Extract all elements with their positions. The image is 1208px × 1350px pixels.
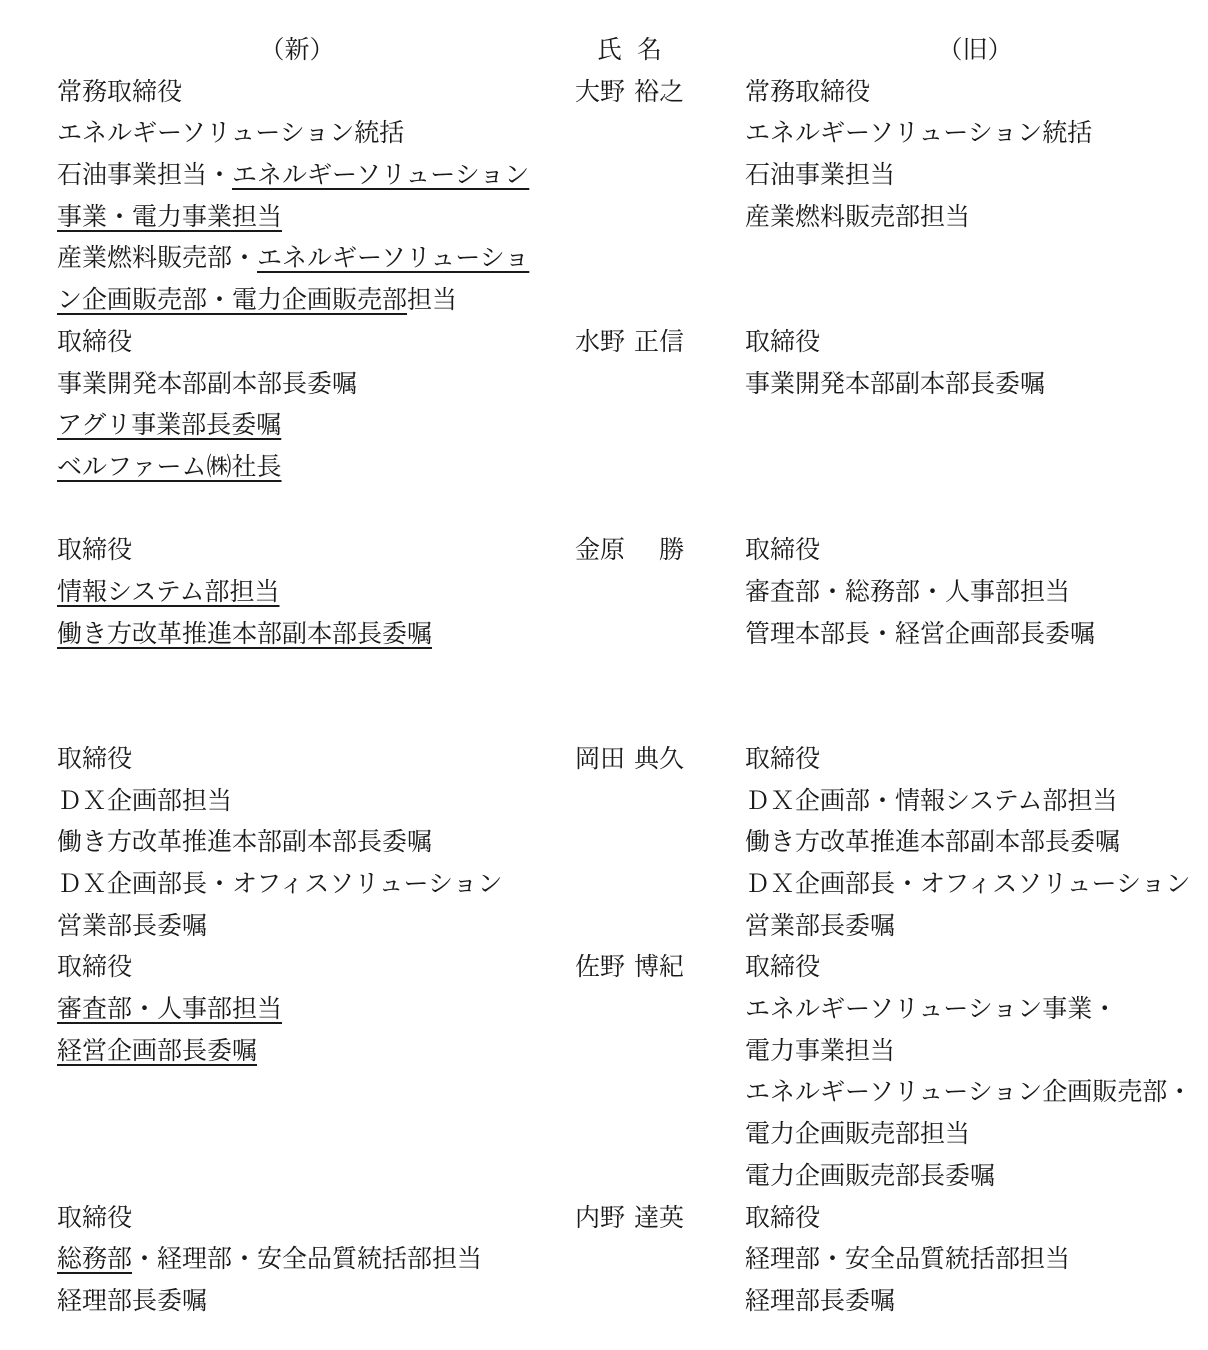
text-segment: 取締役 (57, 745, 132, 773)
new-position-line: 事業・電力事業担当 (57, 197, 537, 239)
old-position-line: 管理本部長・経営企画部長委嘱 (745, 614, 1205, 656)
new-position: 取締役総務部・経理部・安全品質統括部担当経理部長委嘱 (57, 1198, 537, 1323)
new-position-line: ベルファーム㈱社長 (57, 447, 537, 489)
new-position-line: 取締役 (57, 739, 537, 781)
old-position-line: 経理部・安全品質統括部担当 (745, 1239, 1205, 1281)
officer-row: 取締役ＤＸ企画部担当働き方改革推進本部副本部長委嘱ＤＸ企画部長・オフィスソリュー… (0, 739, 1208, 948)
new-position-line: 取締役 (57, 1198, 537, 1240)
column-header-name-label: 氏 名 (575, 30, 684, 72)
text-segment: 電力企画販売部長委嘱 (745, 1162, 995, 1190)
text-segment: 取締役 (57, 536, 132, 564)
old-position-line: 営業部長委嘱 (745, 906, 1205, 948)
old-position-line: 取締役 (745, 530, 1205, 572)
new-position-line: 審査部・人事部担当 (57, 989, 537, 1031)
officer-name-line: 水野正信 (575, 322, 684, 364)
old-position: 取締役ＤＸ企画部・情報システム部担当働き方改革推進本部副本部長委嘱ＤＸ企画部長・… (745, 739, 1205, 947)
officer-name-line: 金原勝 (575, 530, 684, 572)
text-segment: 取締役 (745, 745, 820, 773)
officer-name-line: 佐野博紀 (575, 947, 684, 989)
officer-name-line: 岡田典久 (575, 739, 684, 781)
officer-given-name: 裕之 (634, 72, 684, 114)
old-position-line: ＤＸ企画部・情報システム部担当 (745, 781, 1205, 823)
text-segment: ＤＸ企画部・情報システム部担当 (745, 787, 1118, 815)
text-segment: 取締役 (57, 953, 132, 981)
officer-family-name: 岡田 (575, 739, 625, 781)
new-position-line: 経理部長委嘱 (57, 1281, 537, 1323)
underlined-text-segment: 情報システム部担当 (57, 578, 280, 606)
officer-name: 金原勝 (575, 530, 684, 572)
new-position-line: 情報システム部担当 (57, 572, 537, 614)
old-position: 常務取締役エネルギーソリューション統括石油事業担当産業燃料販売部担当 (745, 72, 1205, 239)
old-position-line: エネルギーソリューション企画販売部・ (745, 1072, 1205, 1114)
officer-family-name: 金原 (575, 530, 625, 572)
text-segment: 石油事業担当 (745, 161, 895, 189)
text-segment: 営業部長委嘱 (745, 912, 895, 940)
personnel-change-table: （新） 氏 名 （旧） 常務取締役エネルギーソリューション統括石油事業担当・エネ… (0, 0, 1208, 1323)
column-header-new-label: （新） (57, 30, 537, 72)
new-position-line: 取締役 (57, 322, 537, 364)
officer-family-name: 大野 (575, 72, 625, 114)
officer-name: 大野裕之 (575, 72, 684, 114)
old-position-line: 電力企画販売部担当 (745, 1114, 1205, 1156)
officer-family-name: 佐野 (575, 947, 625, 989)
text-segment: エネルギーソリューション事業・ (745, 995, 1117, 1023)
new-position-line: アグリ事業部長委嘱 (57, 405, 537, 447)
officer-given-name: 博紀 (634, 947, 684, 989)
old-position-line: 電力事業担当 (745, 1031, 1205, 1073)
text-segment: 電力企画販売部担当 (745, 1120, 970, 1148)
underlined-text-segment: アグリ事業部長委嘱 (57, 411, 281, 439)
new-position-line: 常務取締役 (57, 72, 537, 114)
text-segment: 取締役 (745, 328, 820, 356)
table-header: （新） 氏 名 （旧） (0, 30, 1208, 72)
underlined-text-segment: 働き方改革推進本部副本部長委嘱 (57, 620, 432, 648)
text-segment: 経理部・安全品質統括部担当 (745, 1245, 1070, 1273)
old-position-line: 取締役 (745, 739, 1205, 781)
officer-name-line: 大野裕之 (575, 72, 684, 114)
text-segment: 審査部・総務部・人事部担当 (745, 578, 1070, 606)
text-segment: ＤＸ企画部担当 (57, 787, 232, 815)
old-position-line: 取締役 (745, 947, 1205, 989)
text-segment: 営業部長委嘱 (57, 912, 207, 940)
new-position-line: エネルギーソリューション統括 (57, 113, 537, 155)
old-position: 取締役経理部・安全品質統括部担当経理部長委嘱 (745, 1198, 1205, 1323)
old-position-line: 経理部長委嘱 (745, 1281, 1205, 1323)
old-position: 取締役審査部・総務部・人事部担当管理本部長・経営企画部長委嘱 (745, 530, 1205, 655)
officer-name: 水野正信 (575, 322, 684, 364)
officer-family-name: 内野 (575, 1198, 625, 1240)
text-segment: 経理部長委嘱 (745, 1287, 895, 1315)
officer-row: 取締役総務部・経理部・安全品質統括部担当経理部長委嘱内野達英取締役経理部・安全品… (0, 1198, 1208, 1323)
text-segment: 取締役 (745, 1204, 820, 1232)
new-position-line: ン企画販売部・電力企画販売部担当 (57, 280, 537, 322)
column-header-old: （旧） (745, 30, 1205, 72)
underlined-text-segment: 総務部 (57, 1245, 132, 1273)
old-position-line: 審査部・総務部・人事部担当 (745, 572, 1205, 614)
officer-row: 取締役審査部・人事部担当経営企画部長委嘱佐野博紀取締役エネルギーソリューション事… (0, 947, 1208, 1197)
old-position-line: ＤＸ企画部長・オフィスソリューション (745, 864, 1205, 906)
underlined-text-segment: 審査部・人事部担当 (57, 995, 282, 1023)
underlined-text-segment: エネルギーソリューション (232, 161, 529, 189)
new-position-line: 産業燃料販売部・エネルギーソリューショ (57, 238, 537, 280)
text-segment: 取締役 (745, 536, 820, 564)
new-position-line: 総務部・経理部・安全品質統括部担当 (57, 1239, 537, 1281)
text-segment: 経理部長委嘱 (57, 1287, 207, 1315)
new-position-line: 営業部長委嘱 (57, 906, 537, 948)
text-segment: 取締役 (745, 953, 820, 981)
text-segment: 常務取締役 (57, 78, 182, 106)
officer-name-line: 内野達英 (575, 1198, 684, 1240)
text-segment: エネルギーソリューション統括 (57, 119, 404, 147)
underlined-text-segment: 事業・電力事業担当 (57, 203, 282, 231)
officer-name: 佐野博紀 (575, 947, 684, 989)
old-position-line: エネルギーソリューション事業・ (745, 989, 1205, 1031)
old-position: 取締役事業開発本部副本部長委嘱 (745, 322, 1205, 405)
text-segment: 取締役 (57, 1204, 132, 1232)
officer-row: 取締役事業開発本部副本部長委嘱アグリ事業部長委嘱ベルファーム㈱社長水野正信取締役… (0, 322, 1208, 531)
text-segment: 常務取締役 (745, 78, 870, 106)
old-position-line: 常務取締役 (745, 72, 1205, 114)
officer-given-name: 達英 (634, 1198, 684, 1240)
old-position-line: 事業開発本部副本部長委嘱 (745, 364, 1205, 406)
old-position-line: 働き方改革推進本部副本部長委嘱 (745, 822, 1205, 864)
text-segment: 働き方改革推進本部副本部長委嘱 (745, 828, 1120, 856)
column-header-old-label: （旧） (745, 30, 1205, 72)
officer-row: 常務取締役エネルギーソリューション統括石油事業担当・エネルギーソリューション事業… (0, 72, 1208, 322)
underlined-text-segment: エネルギーソリューショ (257, 244, 529, 272)
old-position-line: 電力企画販売部長委嘱 (745, 1156, 1205, 1198)
old-position-line: 産業燃料販売部担当 (745, 197, 1205, 239)
new-position-line: 取締役 (57, 530, 537, 572)
new-position-line: 取締役 (57, 947, 537, 989)
column-header-new: （新） (57, 30, 537, 72)
text-segment: 産業燃料販売部・ (57, 244, 257, 272)
text-segment: 石油事業担当・ (57, 161, 232, 189)
officer-given-name: 勝 (659, 530, 684, 572)
old-position: 取締役エネルギーソリューション事業・電力事業担当エネルギーソリューション企画販売… (745, 947, 1205, 1197)
text-segment: 事業開発本部副本部長委嘱 (745, 370, 1045, 398)
text-segment: ＤＸ企画部長・オフィスソリューション (57, 870, 503, 898)
column-header-name: 氏 名 (575, 30, 684, 72)
officer-name: 内野達英 (575, 1198, 684, 1240)
officer-given-name: 正信 (634, 322, 684, 364)
text-segment: エネルギーソリューション企画販売部・ (745, 1078, 1192, 1106)
new-position-line: 働き方改革推進本部副本部長委嘱 (57, 614, 537, 656)
underlined-text-segment: ン企画販売部・電力企画販売部 (57, 286, 407, 314)
officer-given-name: 典久 (634, 739, 684, 781)
officer-name: 岡田典久 (575, 739, 684, 781)
text-segment: 電力事業担当 (745, 1037, 895, 1065)
new-position-line: ＤＸ企画部長・オフィスソリューション (57, 864, 537, 906)
text-segment: ・経理部・安全品質統括部担当 (132, 1245, 482, 1273)
officer-rows: 常務取締役エネルギーソリューション統括石油事業担当・エネルギーソリューション事業… (0, 72, 1208, 1323)
underlined-text-segment: 経営企画部長委嘱 (57, 1037, 257, 1065)
text-segment: 事業開発本部副本部長委嘱 (57, 370, 357, 398)
new-position-line: 事業開発本部副本部長委嘱 (57, 364, 537, 406)
new-position: 常務取締役エネルギーソリューション統括石油事業担当・エネルギーソリューション事業… (57, 72, 537, 322)
new-position: 取締役情報システム部担当働き方改革推進本部副本部長委嘱 (57, 530, 537, 655)
text-segment: 管理本部長・経営企画部長委嘱 (745, 620, 1095, 648)
old-position-line: 取締役 (745, 1198, 1205, 1240)
new-position: 取締役事業開発本部副本部長委嘱アグリ事業部長委嘱ベルファーム㈱社長 (57, 322, 537, 489)
text-segment: 産業燃料販売部担当 (745, 203, 970, 231)
new-position-line: 働き方改革推進本部副本部長委嘱 (57, 822, 537, 864)
officer-row: 取締役情報システム部担当働き方改革推進本部副本部長委嘱金原勝取締役審査部・総務部… (0, 530, 1208, 739)
officer-family-name: 水野 (575, 322, 625, 364)
old-position-line: 石油事業担当 (745, 155, 1205, 197)
text-segment: ＤＸ企画部長・オフィスソリューション (745, 870, 1191, 898)
new-position-line: 経営企画部長委嘱 (57, 1031, 537, 1073)
underlined-text-segment: ベルファーム㈱社長 (57, 453, 282, 481)
text-segment: 取締役 (57, 328, 132, 356)
text-segment: 担当 (407, 286, 457, 314)
old-position-line: エネルギーソリューション統括 (745, 113, 1205, 155)
new-position: 取締役審査部・人事部担当経営企画部長委嘱 (57, 947, 537, 1072)
new-position: 取締役ＤＸ企画部担当働き方改革推進本部副本部長委嘱ＤＸ企画部長・オフィスソリュー… (57, 739, 537, 947)
new-position-line: ＤＸ企画部担当 (57, 781, 537, 823)
text-segment: 働き方改革推進本部副本部長委嘱 (57, 828, 432, 856)
new-position-line: 石油事業担当・エネルギーソリューション (57, 155, 537, 197)
text-segment: エネルギーソリューション統括 (745, 119, 1092, 147)
old-position-line: 取締役 (745, 322, 1205, 364)
